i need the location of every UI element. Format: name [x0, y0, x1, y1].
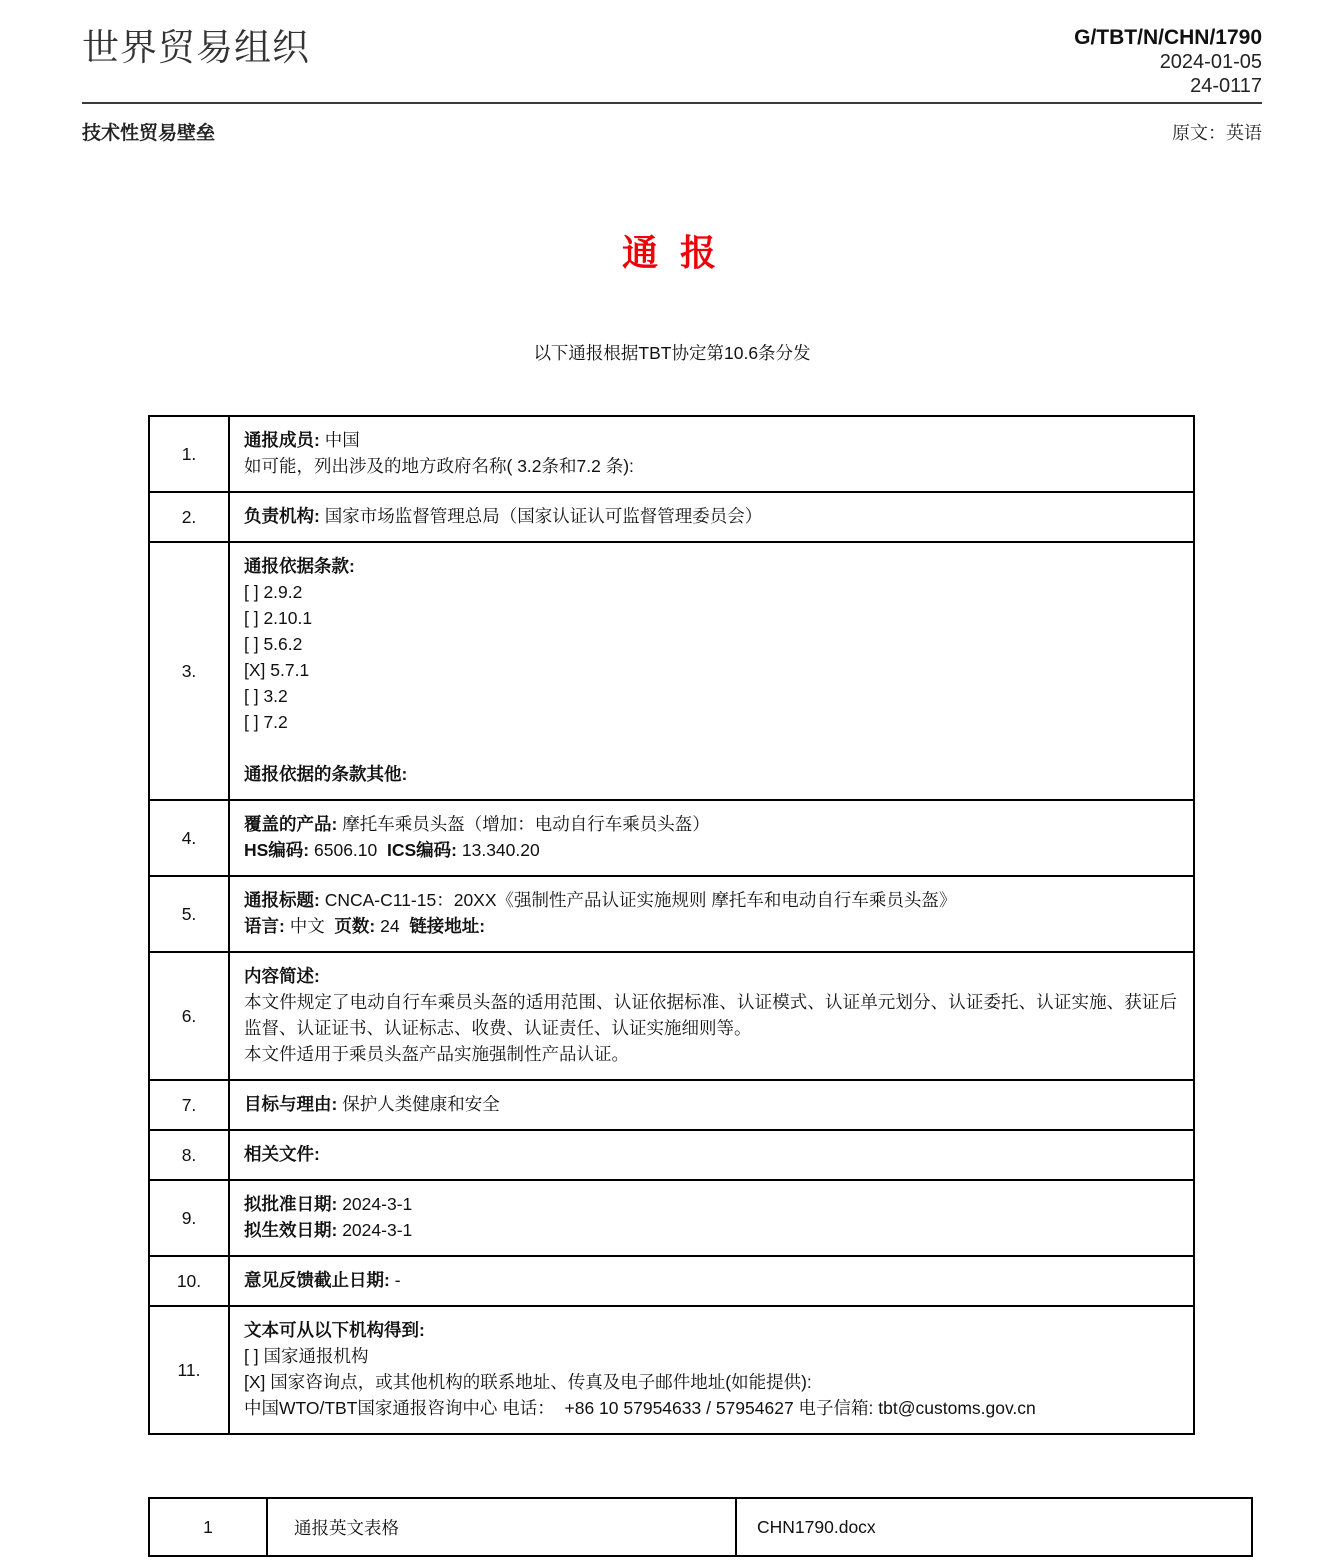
field-label: 拟生效日期: [244, 1220, 342, 1240]
notification-row: 8.相关文件: [149, 1130, 1194, 1180]
row-content: 负责机构: 国家市场监督管理总局（国家认证认可监督管理委员会） [229, 492, 1194, 542]
content-line: 如可能，列出涉及的地方政府名称( 3.2条和7.2 条): [244, 453, 1177, 479]
content-line: 通报依据条款: [244, 553, 1177, 579]
document-number: G/TBT/N/CHN/1790 [1074, 26, 1262, 50]
field-label: 覆盖的产品: [244, 814, 342, 834]
row-number: 2. [149, 492, 229, 542]
doc-title: 通 报 [82, 225, 1262, 276]
content-line: 语言: 中文 页数: 24 链接地址: [244, 913, 1177, 939]
content-line: [ ] 2.9.2 [244, 579, 1177, 605]
attachment-description: 通报英文表格 [267, 1498, 736, 1556]
field-value: 13.340.20 [457, 840, 540, 860]
notification-row: 11.文本可从以下机构得到:[ ] 国家通报机构[X] 国家咨询点，或其他机构的… [149, 1306, 1194, 1434]
row-content: 覆盖的产品: 摩托车乘员头盔（增加：电动自行车乘员头盔）HS编码: 6506.1… [229, 800, 1194, 876]
row-number: 8. [149, 1130, 229, 1180]
notification-row: 7.目标与理由: 保护人类健康和安全 [149, 1080, 1194, 1130]
distribution-note: 以下通报根据TBT协定第10.6条分发 [82, 340, 1262, 365]
content-line: HS编码: 6506.10 ICS编码: 13.340.20 [244, 837, 1177, 863]
content-line: 拟批准日期: 2024-3-1 [244, 1191, 1177, 1217]
field-value: [ ] 2.9.2 [244, 582, 302, 602]
row-number: 3. [149, 542, 229, 800]
content-line: [ ] 5.6.2 [244, 631, 1177, 657]
field-value: 中国 [325, 430, 360, 450]
content-line: 本文件适用于乘员头盔产品实施强制性产品认证。 [244, 1041, 1177, 1067]
row-number: 11. [149, 1306, 229, 1434]
content-line: 内容简述: [244, 963, 1177, 989]
organization-title: 世界贸易组织 [82, 26, 310, 70]
field-value: [X] 国家咨询点，或其他机构的联系地址、传真及电子邮件地址(如能提供): [244, 1372, 812, 1392]
notification-row: 10.意见反馈截止日期: - [149, 1256, 1194, 1306]
content-line: 目标与理由: 保护人类健康和安全 [244, 1091, 1177, 1117]
notification-row: 5.通报标题: CNCA-C11-15：20XX《强制性产品认证实施规则 摩托车… [149, 876, 1194, 952]
field-label: 文本可从以下机构得到: [244, 1320, 425, 1340]
field-value: 保护人类健康和安全 [342, 1094, 500, 1114]
row-content: 意见反馈截止日期: - [229, 1256, 1194, 1306]
document-reference: 24-0117 [1074, 74, 1262, 98]
content-line: 文本可从以下机构得到: [244, 1317, 1177, 1343]
row-content: 通报依据条款:[ ] 2.9.2[ ] 2.10.1[ ] 5.6.2[X] 5… [229, 542, 1194, 800]
notification-row: 2.负责机构: 国家市场监督管理总局（国家认证认可监督管理委员会） [149, 492, 1194, 542]
attachment-filename: CHN1790.docx [736, 1498, 1252, 1556]
row-number: 7. [149, 1080, 229, 1130]
field-label: 意见反馈截止日期: [244, 1270, 395, 1290]
notification-table: 1.通报成员: 中国如可能，列出涉及的地方政府名称( 3.2条和7.2 条):2… [148, 415, 1195, 1435]
field-value: 2024-3-1 [342, 1220, 412, 1240]
row-content: 通报成员: 中国如可能，列出涉及的地方政府名称( 3.2条和7.2 条): [229, 416, 1194, 492]
content-line: 相关文件: [244, 1141, 1177, 1167]
notification-row: 9.拟批准日期: 2024-3-1拟生效日期: 2024-3-1 [149, 1180, 1194, 1256]
content-line: 意见反馈截止日期: - [244, 1267, 1177, 1293]
field-value: [ ] 7.2 [244, 712, 288, 732]
content-line: 负责机构: 国家市场监督管理总局（国家认证认可监督管理委员会） [244, 503, 1177, 529]
attachment-index: 1 [149, 1498, 267, 1556]
committee-name: 技术性贸易壁垒 [82, 118, 215, 145]
row-number: 10. [149, 1256, 229, 1306]
notification-row: 1.通报成员: 中国如可能，列出涉及的地方政府名称( 3.2条和7.2 条): [149, 416, 1194, 492]
field-value: 本文件规定了电动自行车乘员头盔的适用范围、认证依据标准、认证模式、认证单元划分、… [244, 992, 1177, 1038]
row-content: 目标与理由: 保护人类健康和安全 [229, 1080, 1194, 1130]
field-value: 摩托车乘员头盔（增加：电动自行车乘员头盔） [342, 814, 710, 834]
field-label: 目标与理由: [244, 1094, 342, 1114]
field-value: 中文 [285, 916, 335, 936]
field-label: 通报标题: [244, 890, 325, 910]
sub-header: 技术性贸易壁垒 原文：英语 [82, 118, 1262, 145]
field-value: [ ] 3.2 [244, 686, 288, 706]
field-value: 中国WTO/TBT国家通报咨询中心 电话： +86 10 57954633 / … [244, 1398, 1036, 1418]
notification-row: 6.内容简述:本文件规定了电动自行车乘员头盔的适用范围、认证依据标准、认证模式、… [149, 952, 1194, 1080]
field-label: 链接地址: [409, 916, 485, 936]
content-line: [ ] 2.10.1 [244, 605, 1177, 631]
field-value: [ ] 国家通报机构 [244, 1346, 368, 1366]
row-content: 文本可从以下机构得到:[ ] 国家通报机构[X] 国家咨询点，或其他机构的联系地… [229, 1306, 1194, 1434]
row-content: 拟批准日期: 2024-3-1拟生效日期: 2024-3-1 [229, 1180, 1194, 1256]
content-line: [ ] 7.2 [244, 709, 1177, 735]
field-value: [ ] 2.10.1 [244, 608, 312, 628]
attachment-table: 1通报英文表格CHN1790.docx [148, 1497, 1253, 1557]
content-line: 通报成员: 中国 [244, 427, 1177, 453]
field-value: [X] 5.7.1 [244, 660, 309, 680]
document-meta: G/TBT/N/CHN/1790 2024-01-05 24-0117 [1074, 26, 1262, 98]
content-line: 拟生效日期: 2024-3-1 [244, 1217, 1177, 1243]
row-content: 通报标题: CNCA-C11-15：20XX《强制性产品认证实施规则 摩托车和电… [229, 876, 1194, 952]
field-label: 相关文件: [244, 1144, 320, 1164]
content-line: 通报依据的条款其他: [244, 761, 1177, 787]
field-value: 2024-3-1 [342, 1194, 412, 1214]
field-label: 通报依据的条款其他: [244, 764, 407, 784]
field-label: 语言: [244, 916, 285, 936]
row-number: 6. [149, 952, 229, 1080]
content-line: 中国WTO/TBT国家通报咨询中心 电话： +86 10 57954633 / … [244, 1395, 1177, 1421]
content-line: [X] 国家咨询点，或其他机构的联系地址、传真及电子邮件地址(如能提供): [244, 1369, 1177, 1395]
field-value: 24 [375, 916, 409, 936]
content-line: 本文件规定了电动自行车乘员头盔的适用范围、认证依据标准、认证模式、认证单元划分、… [244, 989, 1177, 1041]
field-label: ICS编码: [387, 840, 457, 860]
content-line: [ ] 国家通报机构 [244, 1343, 1177, 1369]
row-number: 4. [149, 800, 229, 876]
notification-page: 世界贸易组织 G/TBT/N/CHN/1790 2024-01-05 24-01… [0, 0, 1318, 1565]
field-label: 通报依据条款: [244, 556, 355, 576]
page-header: 世界贸易组织 G/TBT/N/CHN/1790 2024-01-05 24-01… [82, 26, 1262, 104]
row-number: 5. [149, 876, 229, 952]
field-value: 国家市场监督管理总局（国家认证认可监督管理委员会） [325, 506, 763, 526]
field-value: 本文件适用于乘员头盔产品实施强制性产品认证。 [244, 1044, 629, 1064]
attachment-row: 1通报英文表格CHN1790.docx [149, 1498, 1252, 1556]
content-line [244, 735, 1177, 761]
original-language: 原文：英语 [1172, 119, 1262, 145]
content-line: 覆盖的产品: 摩托车乘员头盔（增加：电动自行车乘员头盔） [244, 811, 1177, 837]
row-number: 9. [149, 1180, 229, 1256]
document-date: 2024-01-05 [1074, 50, 1262, 74]
field-value: [ ] 5.6.2 [244, 634, 302, 654]
field-label: 拟批准日期: [244, 1194, 342, 1214]
row-number: 1. [149, 416, 229, 492]
field-value: 6506.10 [309, 840, 387, 860]
content-line: [X] 5.7.1 [244, 657, 1177, 683]
row-content: 相关文件: [229, 1130, 1194, 1180]
field-value: 如可能，列出涉及的地方政府名称( 3.2条和7.2 条): [244, 456, 634, 476]
field-value: - [395, 1270, 401, 1290]
field-label: 负责机构: [244, 506, 325, 526]
notification-row: 3.通报依据条款:[ ] 2.9.2[ ] 2.10.1[ ] 5.6.2[X]… [149, 542, 1194, 800]
notification-row: 4.覆盖的产品: 摩托车乘员头盔（增加：电动自行车乘员头盔）HS编码: 6506… [149, 800, 1194, 876]
content-line: 通报标题: CNCA-C11-15：20XX《强制性产品认证实施规则 摩托车和电… [244, 887, 1177, 913]
field-label: 通报成员: [244, 430, 325, 450]
row-content: 内容简述:本文件规定了电动自行车乘员头盔的适用范围、认证依据标准、认证模式、认证… [229, 952, 1194, 1080]
field-label: HS编码: [244, 840, 309, 860]
field-label: 页数: [334, 916, 375, 936]
field-value: CNCA-C11-15：20XX《强制性产品认证实施规则 摩托车和电动自行车乘员… [325, 890, 957, 910]
field-label: 内容简述: [244, 966, 320, 986]
content-line: [ ] 3.2 [244, 683, 1177, 709]
